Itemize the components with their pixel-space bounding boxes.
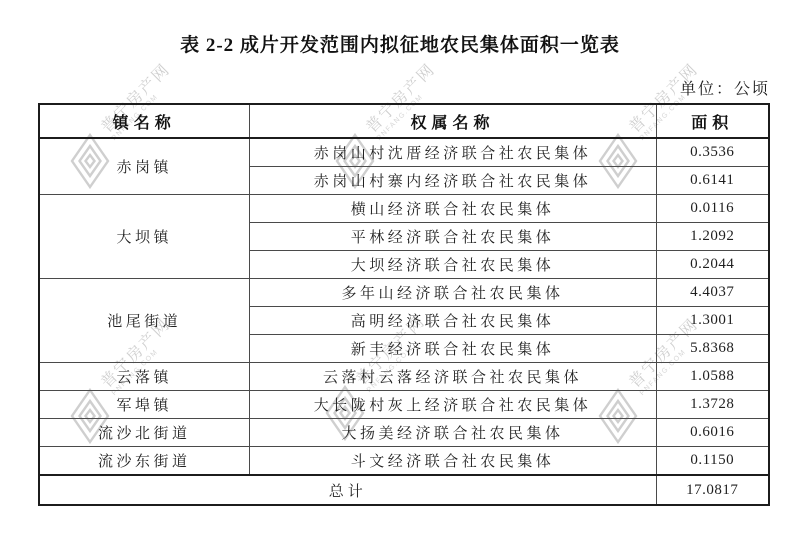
area-cell: 0.2044 <box>656 251 769 279</box>
owner-cell: 多年山经济联合社农民集体 <box>249 279 656 307</box>
town-cell: 流沙北街道 <box>39 419 249 447</box>
owner-cell: 斗文经济联合社农民集体 <box>249 447 656 476</box>
table-row: 池尾街道 多年山经济联合社农民集体 4.4037 <box>39 279 769 307</box>
area-cell: 0.0116 <box>656 195 769 223</box>
table-row: 大坝镇 横山经济联合社农民集体 0.0116 <box>39 195 769 223</box>
total-row: 总计 17.0817 <box>39 475 769 505</box>
area-cell: 1.0588 <box>656 363 769 391</box>
owner-cell: 新丰经济联合社农民集体 <box>249 335 656 363</box>
town-cell: 大坝镇 <box>39 195 249 279</box>
owner-cell: 大扬美经济联合社农民集体 <box>249 419 656 447</box>
table-row: 赤岗镇 赤岗山村沈厝经济联合社农民集体 0.3536 <box>39 138 769 167</box>
total-label-cell: 总计 <box>39 475 656 505</box>
area-cell: 1.3001 <box>656 307 769 335</box>
owner-cell: 云落村云落经济联合社农民集体 <box>249 363 656 391</box>
owner-cell: 横山经济联合社农民集体 <box>249 195 656 223</box>
area-cell: 0.6141 <box>656 167 769 195</box>
area-cell: 1.2092 <box>656 223 769 251</box>
table-header-row: 镇名称 权属名称 面积 <box>39 104 769 138</box>
owner-cell: 赤岗山村寨内经济联合社农民集体 <box>249 167 656 195</box>
table-row: 流沙东街道 斗文经济联合社农民集体 0.1150 <box>39 447 769 476</box>
area-cell: 0.3536 <box>656 138 769 167</box>
owner-cell: 大坝经济联合社农民集体 <box>249 251 656 279</box>
content-layer: 表 2-2 成片开发范围内拟征地农民集体面积一览表 单位：公顷 镇名称 权属名称… <box>0 0 800 540</box>
page-title: 表 2-2 成片开发范围内拟征地农民集体面积一览表 <box>0 30 800 57</box>
owner-cell: 高明经济联合社农民集体 <box>249 307 656 335</box>
unit-label: 单位：公顷 <box>38 76 770 99</box>
area-cell: 5.8368 <box>656 335 769 363</box>
col-header-owner: 权属名称 <box>249 104 656 138</box>
document-page: 普宁房产网 PNFANG.COM 普宁房产网 PNFANG.COM 普宁房产 <box>0 0 800 540</box>
area-cell: 0.1150 <box>656 447 769 476</box>
total-area-cell: 17.0817 <box>656 475 769 505</box>
table-row: 流沙北街道 大扬美经济联合社农民集体 0.6016 <box>39 419 769 447</box>
land-area-table: 镇名称 权属名称 面积 赤岗镇 赤岗山村沈厝经济联合社农民集体 0.3536 赤… <box>38 103 770 506</box>
owner-cell: 大长陇村灰上经济联合社农民集体 <box>249 391 656 419</box>
area-cell: 0.6016 <box>656 419 769 447</box>
town-cell: 池尾街道 <box>39 279 249 363</box>
col-header-area: 面积 <box>656 104 769 138</box>
col-header-town: 镇名称 <box>39 104 249 138</box>
table-row: 云落镇 云落村云落经济联合社农民集体 1.0588 <box>39 363 769 391</box>
town-cell: 云落镇 <box>39 363 249 391</box>
town-cell: 流沙东街道 <box>39 447 249 476</box>
town-cell: 军埠镇 <box>39 391 249 419</box>
area-cell: 1.3728 <box>656 391 769 419</box>
owner-cell: 平林经济联合社农民集体 <box>249 223 656 251</box>
table-row: 军埠镇 大长陇村灰上经济联合社农民集体 1.3728 <box>39 391 769 419</box>
area-cell: 4.4037 <box>656 279 769 307</box>
owner-cell: 赤岗山村沈厝经济联合社农民集体 <box>249 138 656 167</box>
town-cell: 赤岗镇 <box>39 138 249 195</box>
